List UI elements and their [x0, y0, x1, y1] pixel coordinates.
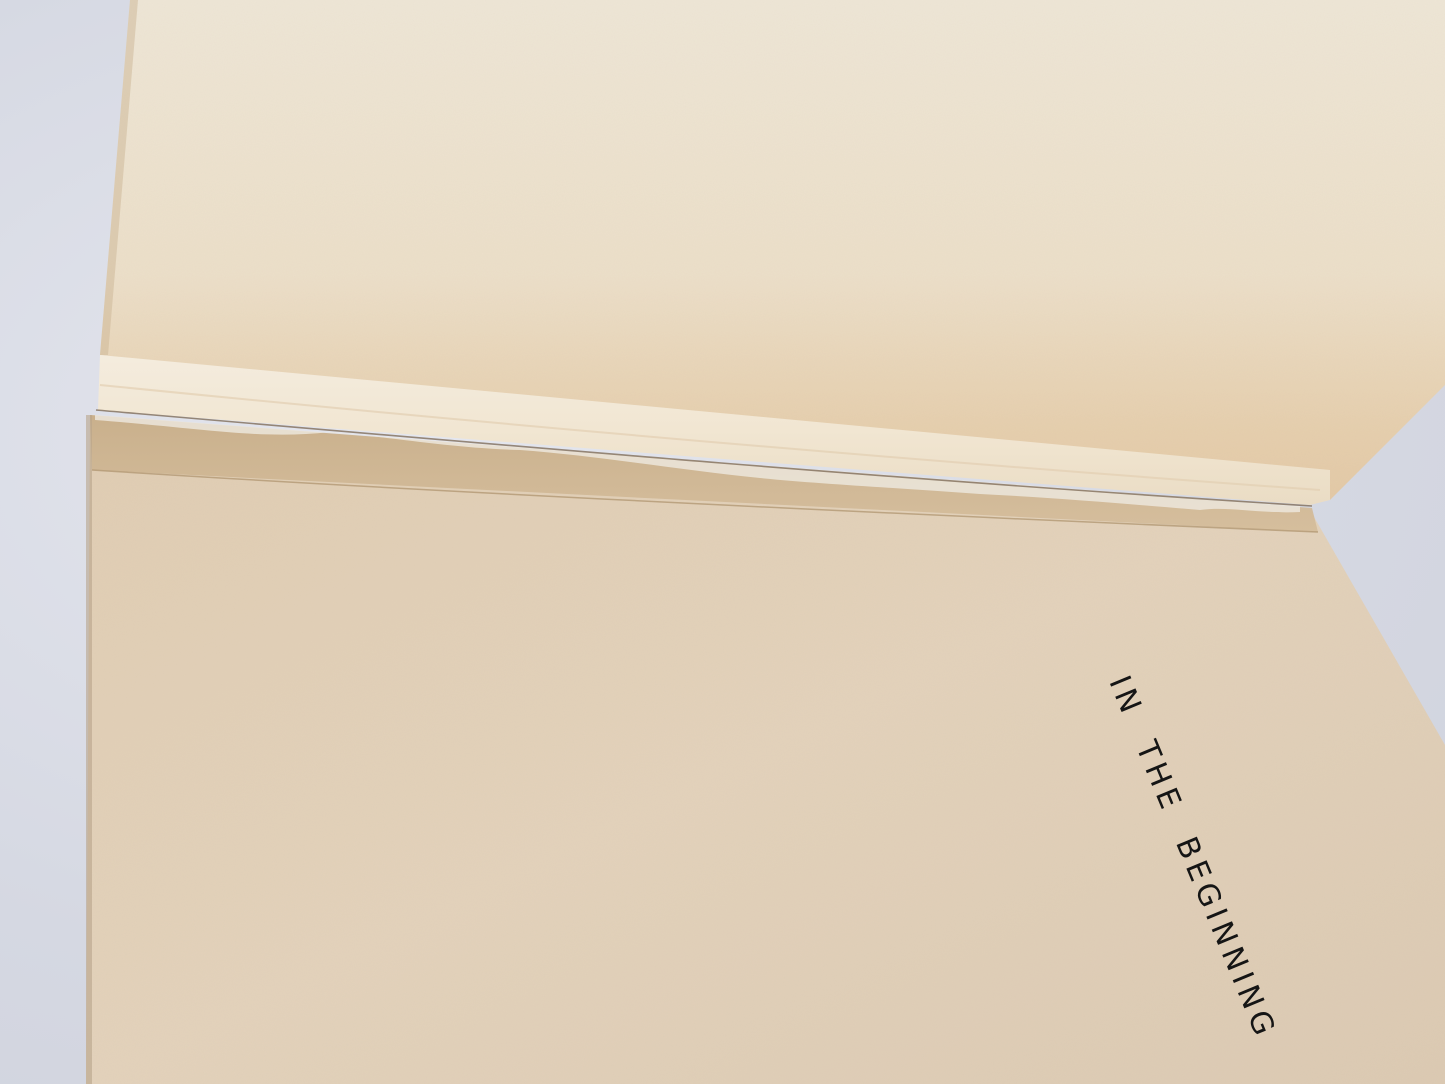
upper-page — [96, 0, 1445, 506]
book-photo: IN THE BEGINNING — [0, 0, 1445, 1084]
